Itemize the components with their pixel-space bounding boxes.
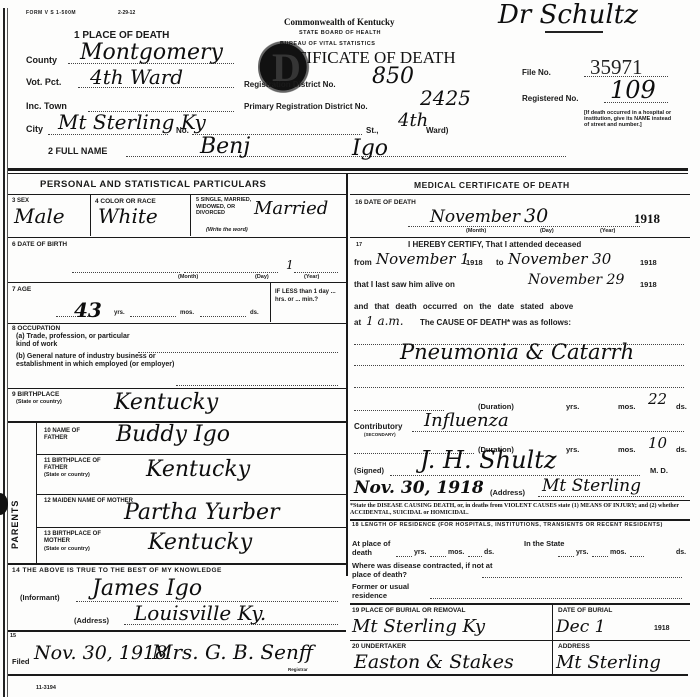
last-name-value[interactable]: Igo	[352, 136, 388, 161]
secondary-label: (SECONDARY)	[364, 432, 396, 437]
burial-place-value[interactable]: Mt Sterling Ky	[352, 616, 485, 637]
attended-to-year[interactable]: 1918	[640, 258, 657, 267]
row-divider-mother-birthplace	[37, 527, 346, 528]
medical-section-title: MEDICAL CERTIFICATE OF DEATH	[414, 180, 570, 190]
vot-pct-label: Vot. Pct.	[26, 77, 61, 87]
certify-number: 17	[356, 242, 362, 248]
medical-title-divider	[350, 194, 690, 195]
in-state-ds-line	[630, 555, 644, 557]
attended-to-label: to	[496, 258, 504, 267]
registrar-value[interactable]: Mrs. G. B. Senff	[152, 640, 313, 664]
file-no-label: File No.	[522, 68, 551, 77]
ward-label: Ward)	[426, 126, 448, 135]
in-state-yrs-label: yrs.	[576, 549, 588, 556]
occupation-a-label: (a) Trade, profession, or particular kin…	[16, 333, 136, 349]
left-border	[3, 8, 5, 697]
cause-value[interactable]: Pneumonia & Catarrh	[400, 340, 634, 364]
row-divider-burial	[350, 603, 690, 605]
filed-date-value[interactable]: Nov. 30, 1918	[34, 642, 167, 664]
certify-text: I HEREBY CERTIFY, That I attended deceas…	[408, 240, 581, 249]
informant-address-label: (Address)	[74, 616, 109, 625]
cause-duration-days-value[interactable]: 22	[648, 390, 667, 408]
dod-year-value[interactable]: 1918	[634, 211, 660, 227]
informant-address-value[interactable]: Louisville Ky.	[134, 601, 266, 625]
occupation-a-value[interactable]	[140, 340, 336, 350]
contracted-line	[482, 576, 682, 578]
cause-line-2	[354, 364, 684, 366]
age-mos-line	[130, 315, 176, 317]
row-divider-informant	[8, 563, 346, 565]
mother-maiden-value[interactable]: Partha Yurber	[124, 500, 279, 525]
annotation-underline	[545, 31, 603, 33]
undertaker-address-label: ADDRESS	[558, 643, 590, 650]
city-label: City	[26, 124, 43, 134]
informant-label: (Informant)	[20, 593, 60, 602]
former-residence-value[interactable]	[432, 586, 680, 596]
row-divider-age	[8, 282, 346, 283]
contrib-ds-label: ds.	[676, 445, 687, 454]
form-number: FORM V S 1-500M	[26, 10, 76, 16]
race-marital-divider	[190, 194, 191, 236]
divider-top	[8, 168, 688, 171]
last-saw-value[interactable]: November 29	[528, 272, 624, 288]
burial-date-label: DATE OF BURIAL	[558, 607, 612, 614]
father-name-label: 10 NAME OF FATHER	[44, 428, 104, 442]
burial-date-value[interactable]: Dec 1	[556, 617, 605, 637]
occurred-text: and that death occurred on the date stat…	[354, 302, 573, 311]
at-place-ds-line	[468, 555, 482, 557]
age-label: 7 AGE	[12, 286, 31, 293]
attended-to-value[interactable]: November 30	[508, 250, 611, 268]
sex-race-divider	[90, 194, 91, 236]
age-mos-label: mos.	[180, 310, 194, 316]
at-place-mos-label: mos.	[448, 549, 464, 556]
dob-year-line	[294, 271, 338, 273]
row-divider-mother-name	[37, 494, 346, 495]
dob-day-value[interactable]: 1	[286, 258, 294, 272]
dob-day-caption: (Day)	[255, 274, 269, 280]
cause-text: The CAUSE OF DEATH* was as follows:	[420, 318, 571, 327]
board-heading: STATE BOARD OF HEALTH	[299, 30, 381, 36]
marital-hint: (Write the word)	[206, 227, 248, 233]
hospital-note: [If death occurred in a hospital or inst…	[584, 110, 676, 128]
ward-value[interactable]: 4th	[398, 110, 428, 131]
at-place-mos-line	[430, 555, 446, 557]
marital-value[interactable]: Married	[254, 198, 328, 219]
parents-side-label: PARENTS	[10, 485, 24, 563]
father-birthplace-hint: (State or country)	[44, 472, 90, 478]
row-divider-birthplace	[8, 388, 346, 389]
in-state-mos-line	[592, 555, 608, 557]
dob-month-value[interactable]	[80, 260, 180, 270]
cause-footnote: *State the DISEASE CAUSING DEATH, or, in…	[350, 503, 686, 517]
divider-top-2	[8, 173, 688, 174]
age-ds-label: ds.	[250, 310, 259, 316]
in-state-yrs-line	[558, 555, 574, 557]
birthplace-hint: (State or country)	[16, 399, 62, 405]
dob-month-line	[72, 271, 180, 273]
age-ds-line	[200, 315, 246, 317]
former-residence-line	[430, 597, 682, 599]
mother-maiden-label: 12 MAIDEN NAME OF MOTHER	[44, 498, 134, 505]
burial-year-value[interactable]: 1918	[654, 625, 670, 632]
first-name-value[interactable]: Benj	[200, 134, 250, 159]
divider-bottom	[8, 674, 688, 676]
signed-date-value[interactable]: Nov. 30, 1918	[354, 478, 484, 498]
undertaker-address-value[interactable]: Mt Sterling	[556, 652, 661, 673]
contracted-value[interactable]	[484, 565, 680, 575]
contributory-value[interactable]: Influenza	[424, 410, 509, 431]
informant-value[interactable]: James Igo	[92, 576, 202, 601]
occupation-label: 8 OCCUPATION	[12, 325, 60, 332]
residence-label: 18 LENGTH OF RESIDENCE (FOR HOSPITALS, I…	[352, 522, 688, 529]
contrib-yrs-label: yrs.	[566, 445, 579, 454]
birthplace-value[interactable]: Kentucky	[114, 390, 218, 415]
at-place-yrs-line	[396, 555, 412, 557]
signed-label: (Signed)	[354, 466, 384, 475]
mother-birthplace-label: 13 BIRTHPLACE OF MOTHER	[44, 531, 124, 544]
race-value[interactable]: White	[98, 204, 158, 228]
father-birthplace-value[interactable]: Kentucky	[146, 457, 250, 482]
form-date: 2-29-12	[118, 10, 135, 16]
father-name-value[interactable]: Buddy Igo	[116, 422, 230, 447]
row-divider-certify	[350, 237, 690, 238]
dod-day-caption: (Day)	[540, 228, 554, 234]
if-less-label: IF LESS than 1 day ... hrs. or ... min.?	[275, 288, 345, 304]
row-divider-father-birthplace	[37, 454, 346, 455]
filed-label: Filed	[12, 657, 30, 666]
commonwealth-heading: Commonwealth of Kentucky	[284, 17, 395, 27]
center-divider	[346, 174, 348, 576]
death-time-at-label: at	[354, 318, 361, 327]
occupation-b-label: (b) General nature of industry business …	[16, 353, 176, 369]
cause-ds-label: ds.	[676, 402, 687, 411]
mother-birthplace-value[interactable]: Kentucky	[148, 530, 252, 555]
cause-yrs-label: yrs.	[566, 402, 579, 411]
former-residence-label: Former or usual residence	[352, 582, 442, 600]
vot-pct-value[interactable]: 4th Ward	[90, 65, 183, 89]
personal-section-title: PERSONAL AND STATISTICAL PARTICULARS	[40, 179, 266, 190]
county-label: County	[26, 55, 57, 65]
filed-number: 15	[10, 633, 16, 639]
age-years-value[interactable]: 43	[74, 298, 102, 322]
father-birthplace-label: 11 BIRTHPLACE OF FATHER	[44, 458, 124, 471]
contrib-duration-days-value[interactable]: 10	[648, 434, 667, 452]
at-place-ds-label: ds.	[484, 549, 494, 556]
last-saw-label: that I last saw him alive on	[354, 280, 455, 289]
birthplace-label: 9 BIRTHPLACE	[12, 391, 59, 398]
registration-district-label: Registration District No.	[244, 80, 336, 89]
undertaker-value[interactable]: Easton & Stakes	[354, 651, 514, 673]
in-state-ds-label: ds.	[676, 549, 686, 556]
mother-birthplace-hint: (State or country)	[44, 546, 90, 552]
dob-year-caption: (Year)	[304, 274, 319, 280]
dod-month-caption: (Month)	[466, 228, 486, 234]
last-saw-year[interactable]: 1918	[640, 280, 657, 289]
contrib-mos-label: mos.	[618, 445, 636, 454]
row-divider-filed	[8, 630, 346, 632]
informant-statement: 14 THE ABOVE IS TRUE TO THE BEST OF MY K…	[12, 567, 222, 574]
in-state-label: In the State	[524, 539, 568, 548]
dod-label: 16 DATE OF DEATH	[355, 199, 416, 206]
physician-address-label: (Address)	[490, 488, 525, 497]
occupation-b-line	[176, 384, 338, 386]
marital-label: 5 SINGLE, MARRIED, WIDOWED, OR DIVORCED	[196, 197, 256, 217]
row-divider-dob	[8, 237, 346, 238]
registered-no-label: Registered No.	[522, 94, 578, 103]
primary-district-label: Primary Registration District No.	[244, 102, 368, 111]
dob-label: 6 DATE OF BIRTH	[12, 241, 67, 248]
parents-divider	[36, 423, 37, 563]
death-time-value[interactable]: 1 a.m.	[366, 314, 404, 328]
county-value[interactable]: Montgomery	[80, 40, 223, 65]
attended-from-value[interactable]: November 1	[376, 250, 470, 268]
row-divider-footnote	[350, 500, 690, 501]
md-label: M. D.	[650, 466, 668, 475]
occupation-b-value[interactable]	[178, 373, 336, 383]
street-no-label: No.	[176, 126, 189, 135]
signed-value[interactable]: J. H. Shultz	[420, 446, 557, 474]
row-divider-residence	[350, 519, 690, 521]
personal-title-divider	[8, 194, 346, 195]
dod-year-caption: (Year)	[600, 228, 615, 234]
death-certificate: FORM V S 1-500M 2-29-12 Commonwealth of …	[0, 0, 700, 697]
in-state-mos-label: mos.	[610, 549, 626, 556]
attended-from-year[interactable]: 1918	[466, 258, 483, 267]
dod-day-value[interactable]: 30	[524, 205, 548, 227]
contributory-label: Contributory	[354, 422, 402, 431]
dod-month-value[interactable]: November	[430, 207, 520, 227]
physician-address-value[interactable]: Mt Sterling	[542, 476, 641, 496]
inc-town-value[interactable]	[90, 100, 230, 110]
burial-place-label: 19 PLACE OF BURIAL OR REMOVAL	[352, 607, 466, 614]
full-name-line	[126, 155, 566, 157]
registered-no-value[interactable]: 109	[610, 76, 656, 104]
dob-day-line	[184, 271, 278, 273]
attended-from-label: from	[354, 258, 372, 267]
primary-district-value[interactable]: 2425	[420, 86, 471, 110]
cause-mos-label: mos.	[618, 402, 636, 411]
dob-month-caption: (Month)	[178, 274, 198, 280]
undertaker-label: 20 UNDERTAKER	[352, 643, 406, 650]
handwritten-annotation: Dr Schultz	[498, 0, 638, 30]
street-label: St.,	[366, 126, 378, 135]
row-divider-occupation	[8, 323, 346, 324]
left-border-inner	[7, 8, 8, 697]
full-name-label: 2 FULL NAME	[48, 146, 107, 156]
sex-value[interactable]: Male	[14, 204, 65, 228]
cause-line-3	[354, 386, 684, 388]
registrar-label: Registrar	[288, 667, 308, 672]
registration-district-value[interactable]: 850	[372, 64, 414, 89]
footer-code: 11-3194	[36, 685, 56, 691]
age-divider	[270, 282, 271, 322]
at-place-yrs-label: yrs.	[414, 549, 426, 556]
age-yrs-label: yrs.	[114, 310, 125, 316]
row-divider-undertaker	[350, 640, 690, 641]
